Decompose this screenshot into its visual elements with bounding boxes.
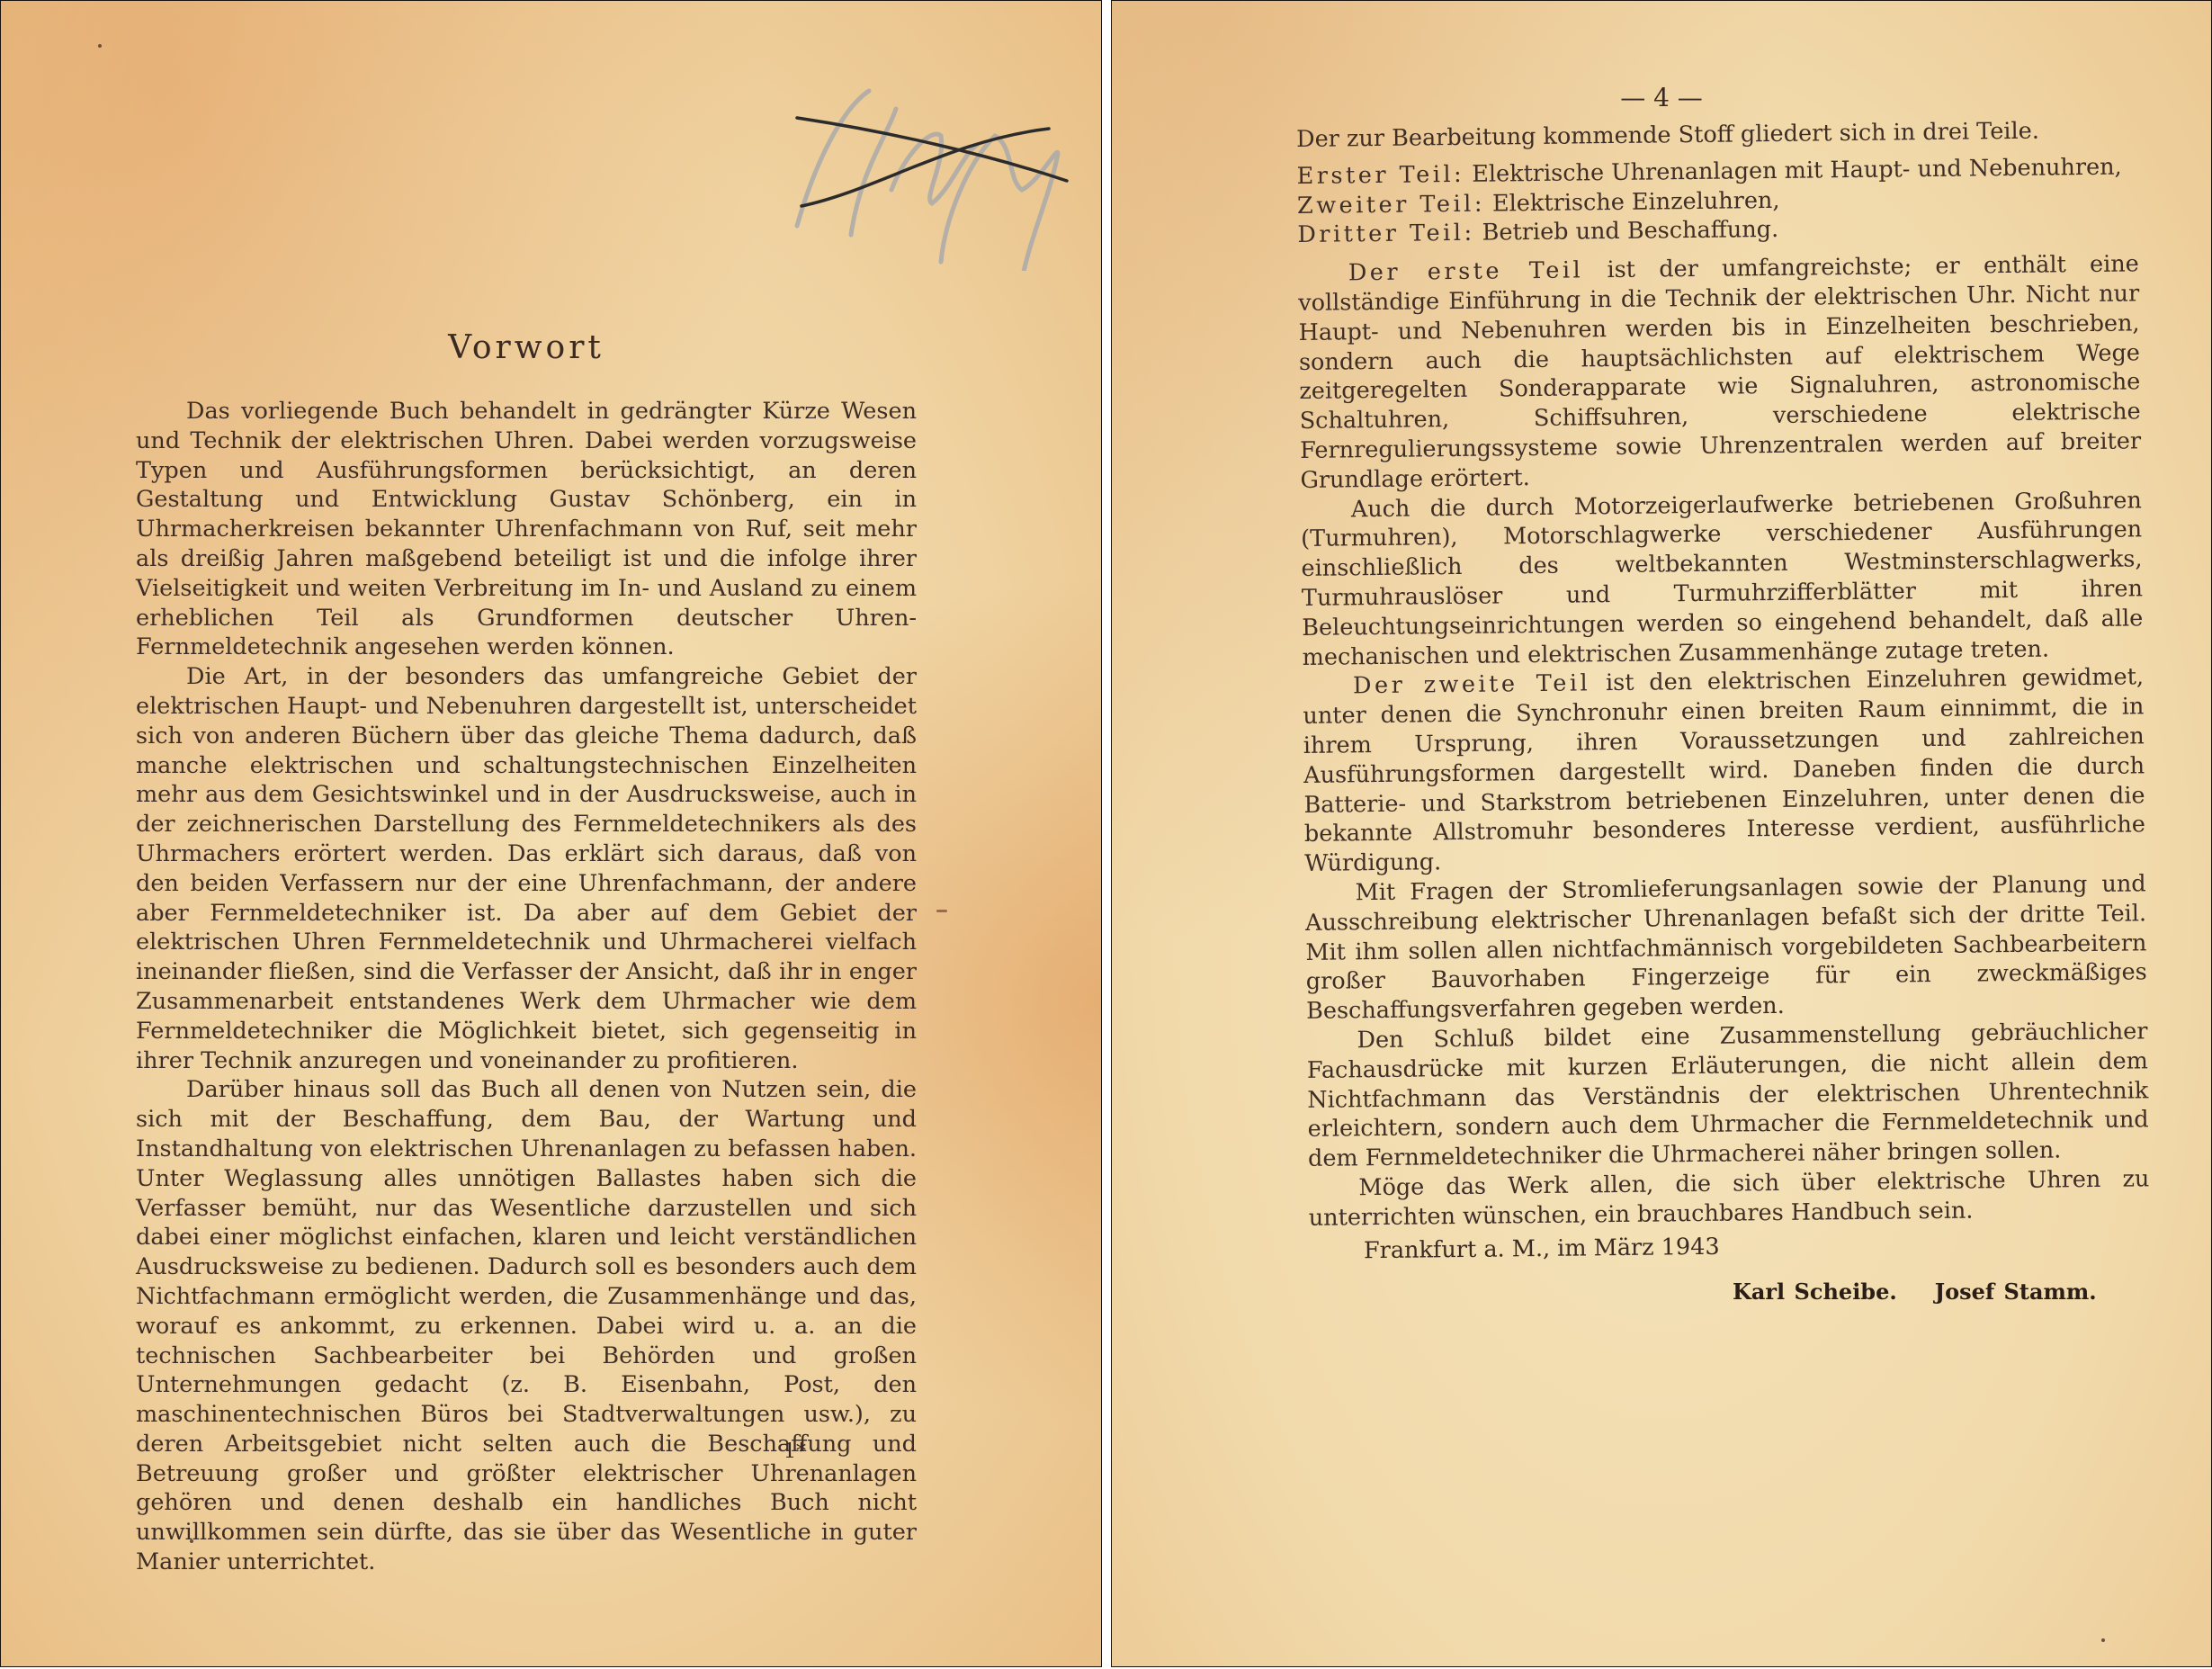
part-label: Dritter Teil:: [1297, 220, 1475, 248]
part-label: Erster Teil:: [1296, 161, 1464, 190]
author-signatures: Karl Scheibe.Josef Stamm.: [1733, 1279, 2097, 1305]
paragraph: Der zweite Teil ist den elektrischen Ein…: [1303, 663, 2146, 879]
paragraph: Der erste Teil ist der umfangreichste; e…: [1298, 250, 2142, 496]
preface-body-right: Der zur Bearbeitung kommende Stoff glied…: [1296, 115, 2150, 1233]
paragraph: Mit Fragen der Stromlieferungsanlagen so…: [1305, 869, 2148, 1027]
paragraph: Das vorliegende Buch behandelt in gedrän…: [136, 397, 917, 662]
paper-speck: [98, 44, 102, 48]
page-title: Vorwort: [136, 329, 917, 366]
paper-speck: [190, 1539, 193, 1543]
part-text: Elektrische Uhrenanlagen mit Haupt- und …: [1472, 153, 2122, 187]
signature-mark: 1*: [784, 1440, 806, 1463]
paragraph: Den Schluß bildet eine Zusammenstellung …: [1306, 1017, 2149, 1174]
part-text: Elektrische Einzeluhren,: [1492, 187, 1780, 218]
crossed-out-signature-icon: [761, 55, 1102, 271]
author-name: Karl Scheibe.: [1733, 1279, 1897, 1305]
paragraph: Auch die durch Motorzeigerlaufwerke betr…: [1301, 486, 2144, 672]
right-page: Der zur Bearbeitung kommende Stoff glied…: [1111, 0, 2212, 1667]
dateline: Frankfurt a. M., im März 1943: [1364, 1234, 1720, 1264]
paper-speck: [2101, 1638, 2105, 1642]
intro-line: Der zur Bearbeitung kommende Stoff glied…: [1296, 115, 2137, 154]
page-number-header: — 4 —: [1111, 83, 2212, 112]
paragraph: Darüber hinaus soll das Buch all denen v…: [136, 1075, 917, 1577]
paragraph: Die Art, in der besonders das umfangreic…: [136, 662, 917, 1075]
paragraph: Möge das Werk allen, die sich über elekt…: [1308, 1164, 2150, 1233]
part-label: Zweiter Teil:: [1297, 190, 1485, 219]
preface-body-left: Das vorliegende Buch behandelt in gedrän…: [136, 397, 917, 1577]
paper-mark: [936, 910, 947, 912]
author-name: Josef Stamm.: [1935, 1279, 2097, 1305]
parts-list: Erster Teil: Elektrische Uhrenanlagen mi…: [1296, 152, 2138, 250]
part-text: Betrieb und Beschaffung.: [1482, 216, 1779, 247]
left-page: Vorwort Das vorliegende Buch behandelt i…: [0, 0, 1102, 1667]
